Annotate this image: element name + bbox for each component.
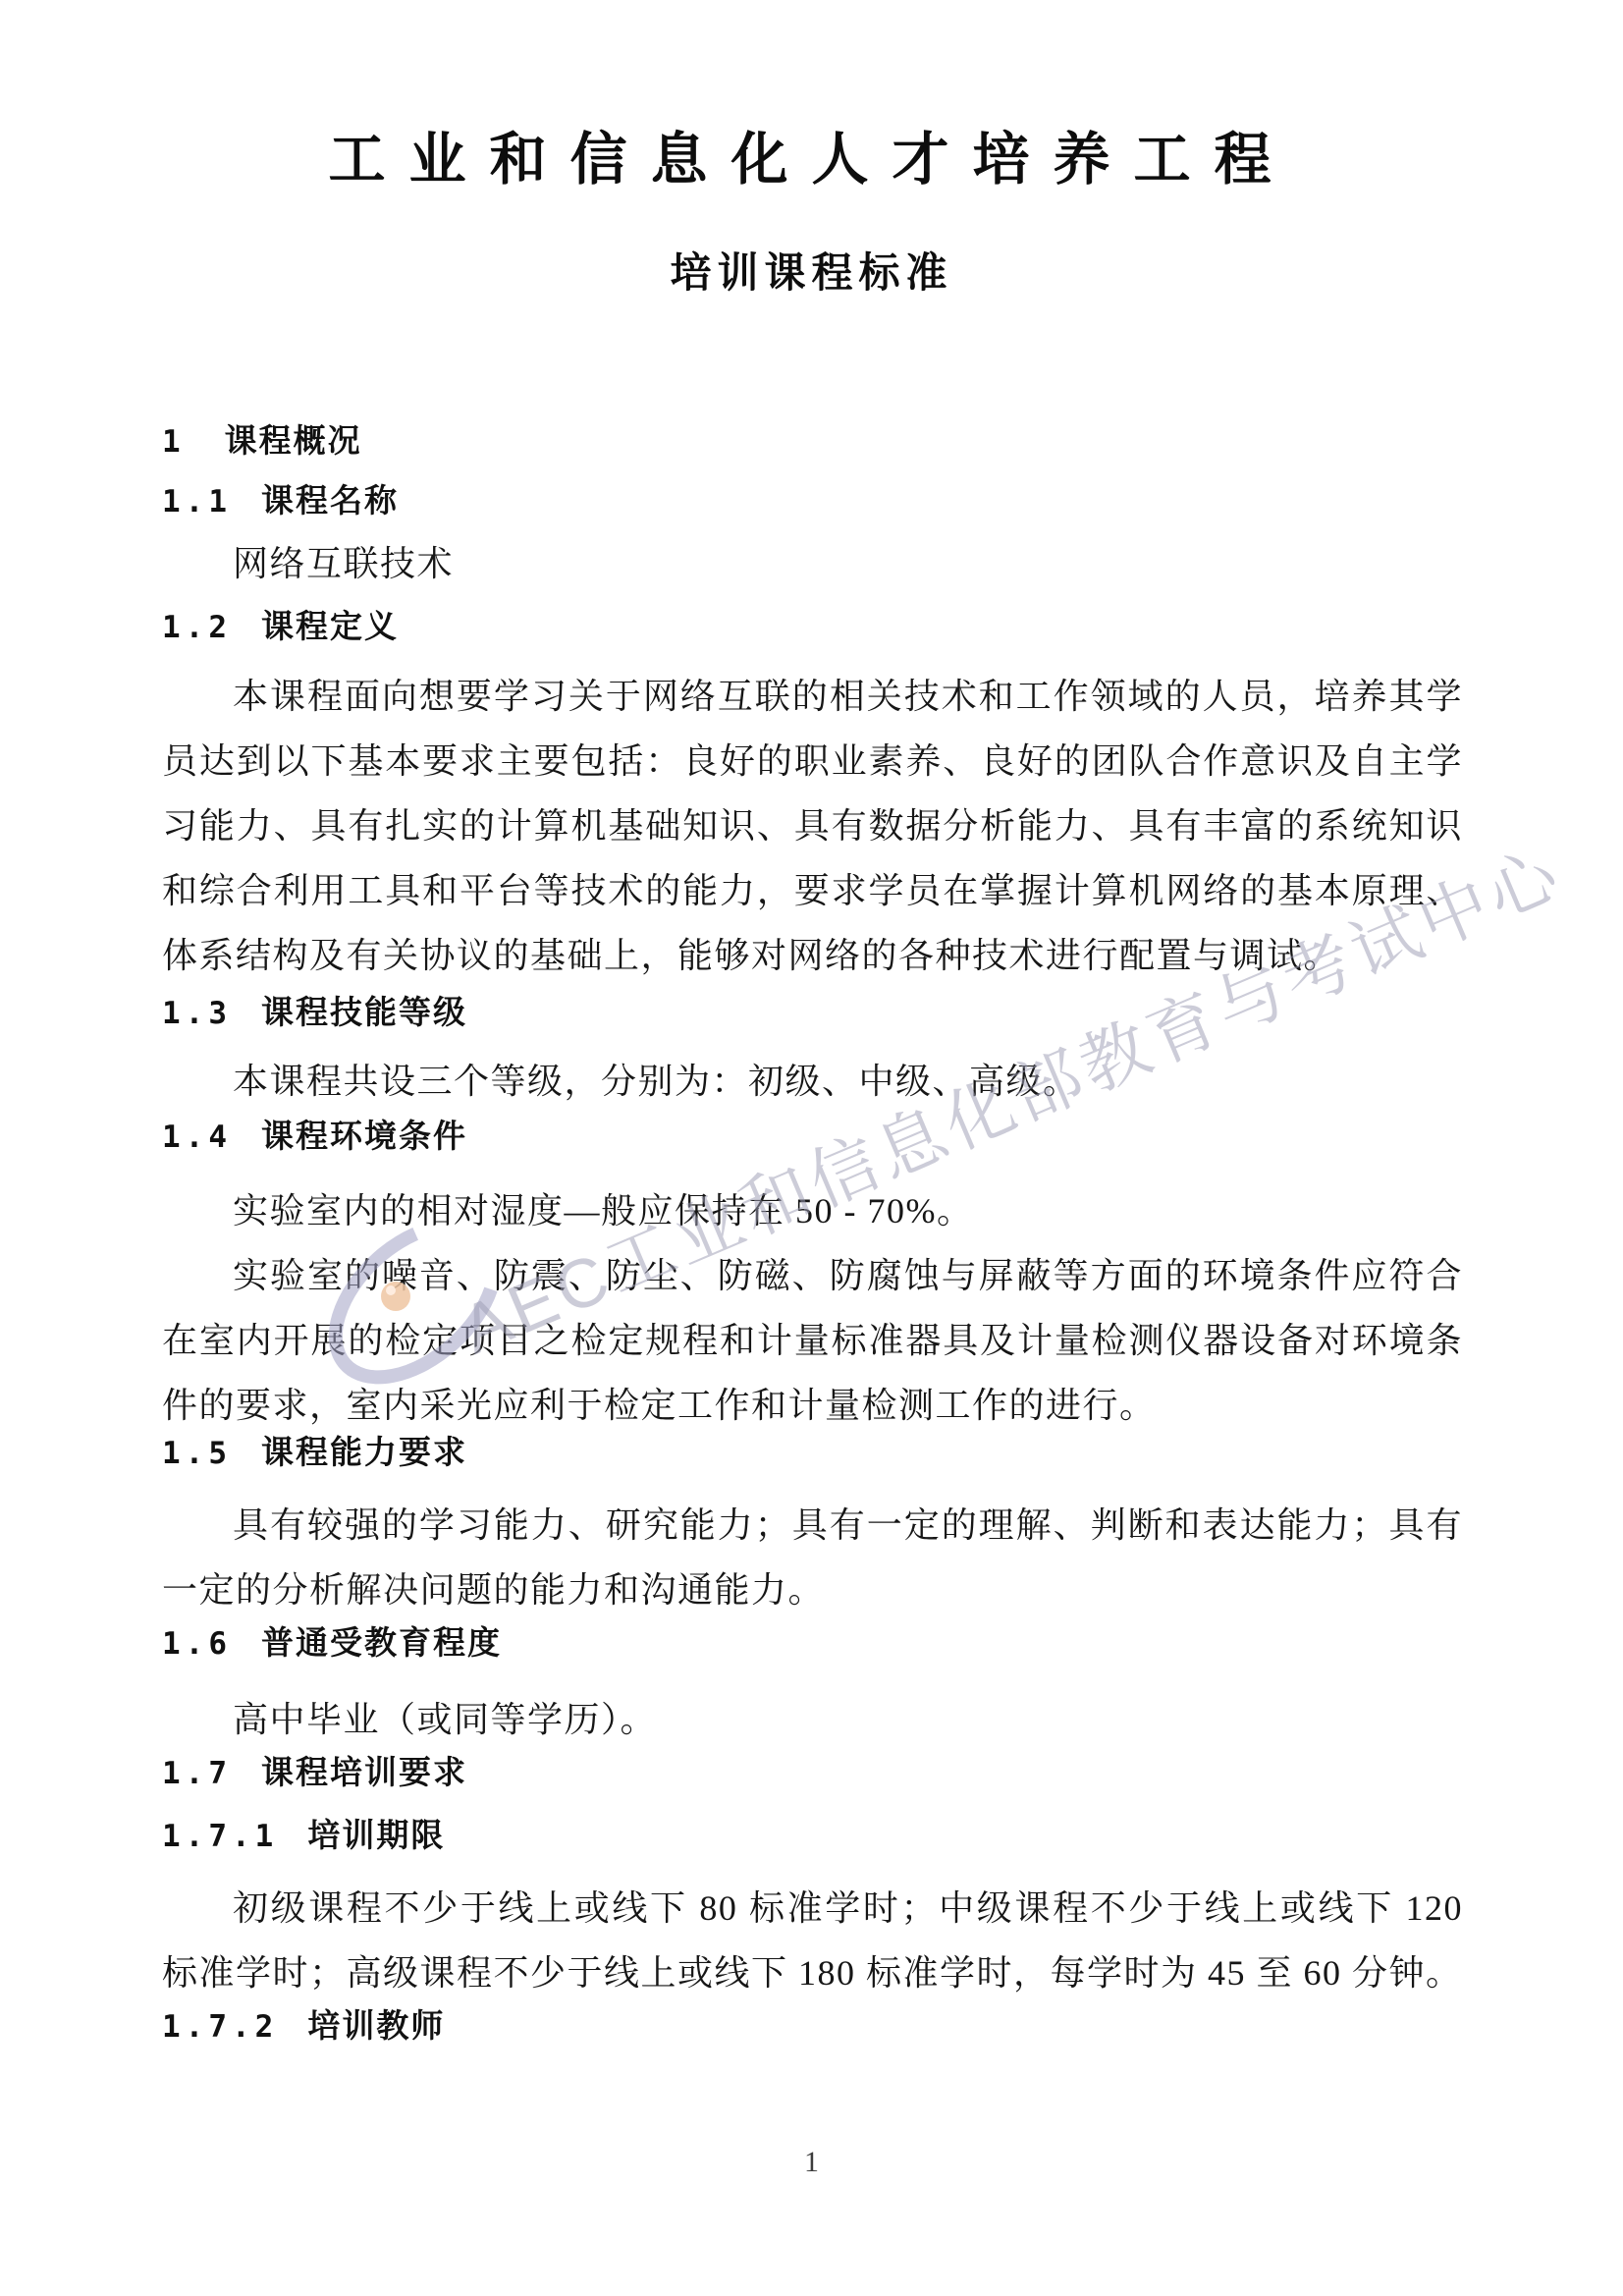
paragraph: 本课程面向想要学习关于网络互联的相关技术和工作领域的人员，培养其学员达到以下基本… [162, 664, 1463, 988]
section-heading-1-7: 1.7课程培训要求 [162, 1752, 1463, 1794]
section-number: 1.5 [162, 1436, 232, 1471]
section-number: 1.7.2 [162, 2009, 278, 2045]
section-number: 1.1 [162, 484, 232, 519]
paragraph: 网络互联技术 [162, 531, 1463, 596]
section-heading-1-7-2: 1.7.2培训教师 [162, 2005, 1463, 2048]
section-number: 1.2 [162, 610, 232, 645]
paragraph: 具有较强的学习能力、研究能力；具有一定的理解、判断和表达能力；具有一定的分析解决… [162, 1493, 1463, 1622]
paragraph: 本课程共设三个等级，分别为：初级、中级、高级。 [162, 1049, 1463, 1114]
section-title: 课程环境条件 [261, 1118, 467, 1154]
section-heading-1-7-1: 1.7.1培训期限 [162, 1815, 1463, 1857]
section-number: 1.3 [162, 996, 232, 1031]
section-title: 普通受教育程度 [261, 1624, 502, 1661]
section-number: 1.7.1 [162, 1819, 278, 1854]
section-heading-1: 1课程概况 [162, 420, 1463, 463]
page-number: 1 [0, 2146, 1623, 2179]
section-title: 课程定义 [261, 608, 399, 644]
section-title: 培训期限 [307, 1817, 445, 1853]
section-title: 培训教师 [307, 2007, 445, 2044]
section-heading-1-1: 1.1课程名称 [162, 480, 1463, 522]
section-title: 课程技能等级 [261, 994, 467, 1030]
section-heading-1-6: 1.6普通受教育程度 [162, 1622, 1463, 1665]
section-number: 1.6 [162, 1626, 232, 1662]
paragraph: 高中毕业（或同等学历）。 [162, 1687, 1463, 1752]
section-title: 课程培训要求 [261, 1754, 467, 1790]
section-heading-1-4: 1.4课程环境条件 [162, 1116, 1463, 1158]
section-heading-1-2: 1.2课程定义 [162, 606, 1463, 648]
section-title: 课程名称 [261, 482, 399, 519]
section-heading-1-3: 1.3课程技能等级 [162, 992, 1463, 1034]
document-page: 工业和信息化人才培养工程 培训课程标准 1课程概况 1.1课程名称 网络互联技术… [0, 0, 1623, 2296]
section-number: 1.4 [162, 1120, 232, 1155]
paragraph: 初级课程不少于线上或线下 80 标准学时；中级课程不少于线上或线下 120 标准… [162, 1876, 1463, 2005]
paragraph: 实验室的噪音、防震、防尘、防磁、防腐蚀与屏蔽等方面的环境条件应符合在室内开展的检… [162, 1243, 1463, 1438]
section-number: 1.7 [162, 1756, 232, 1791]
paragraph: 实验室内的相对湿度—般应保持在 50 - 70%。 [162, 1178, 1463, 1243]
section-title: 课程能力要求 [261, 1434, 467, 1470]
document-body: 1课程概况 1.1课程名称 网络互联技术 1.2课程定义 本课程面向想要学习关于… [162, 0, 1463, 2296]
section-number: 1 [162, 424, 186, 460]
section-title: 课程概况 [225, 422, 362, 459]
section-heading-1-5: 1.5课程能力要求 [162, 1432, 1463, 1474]
